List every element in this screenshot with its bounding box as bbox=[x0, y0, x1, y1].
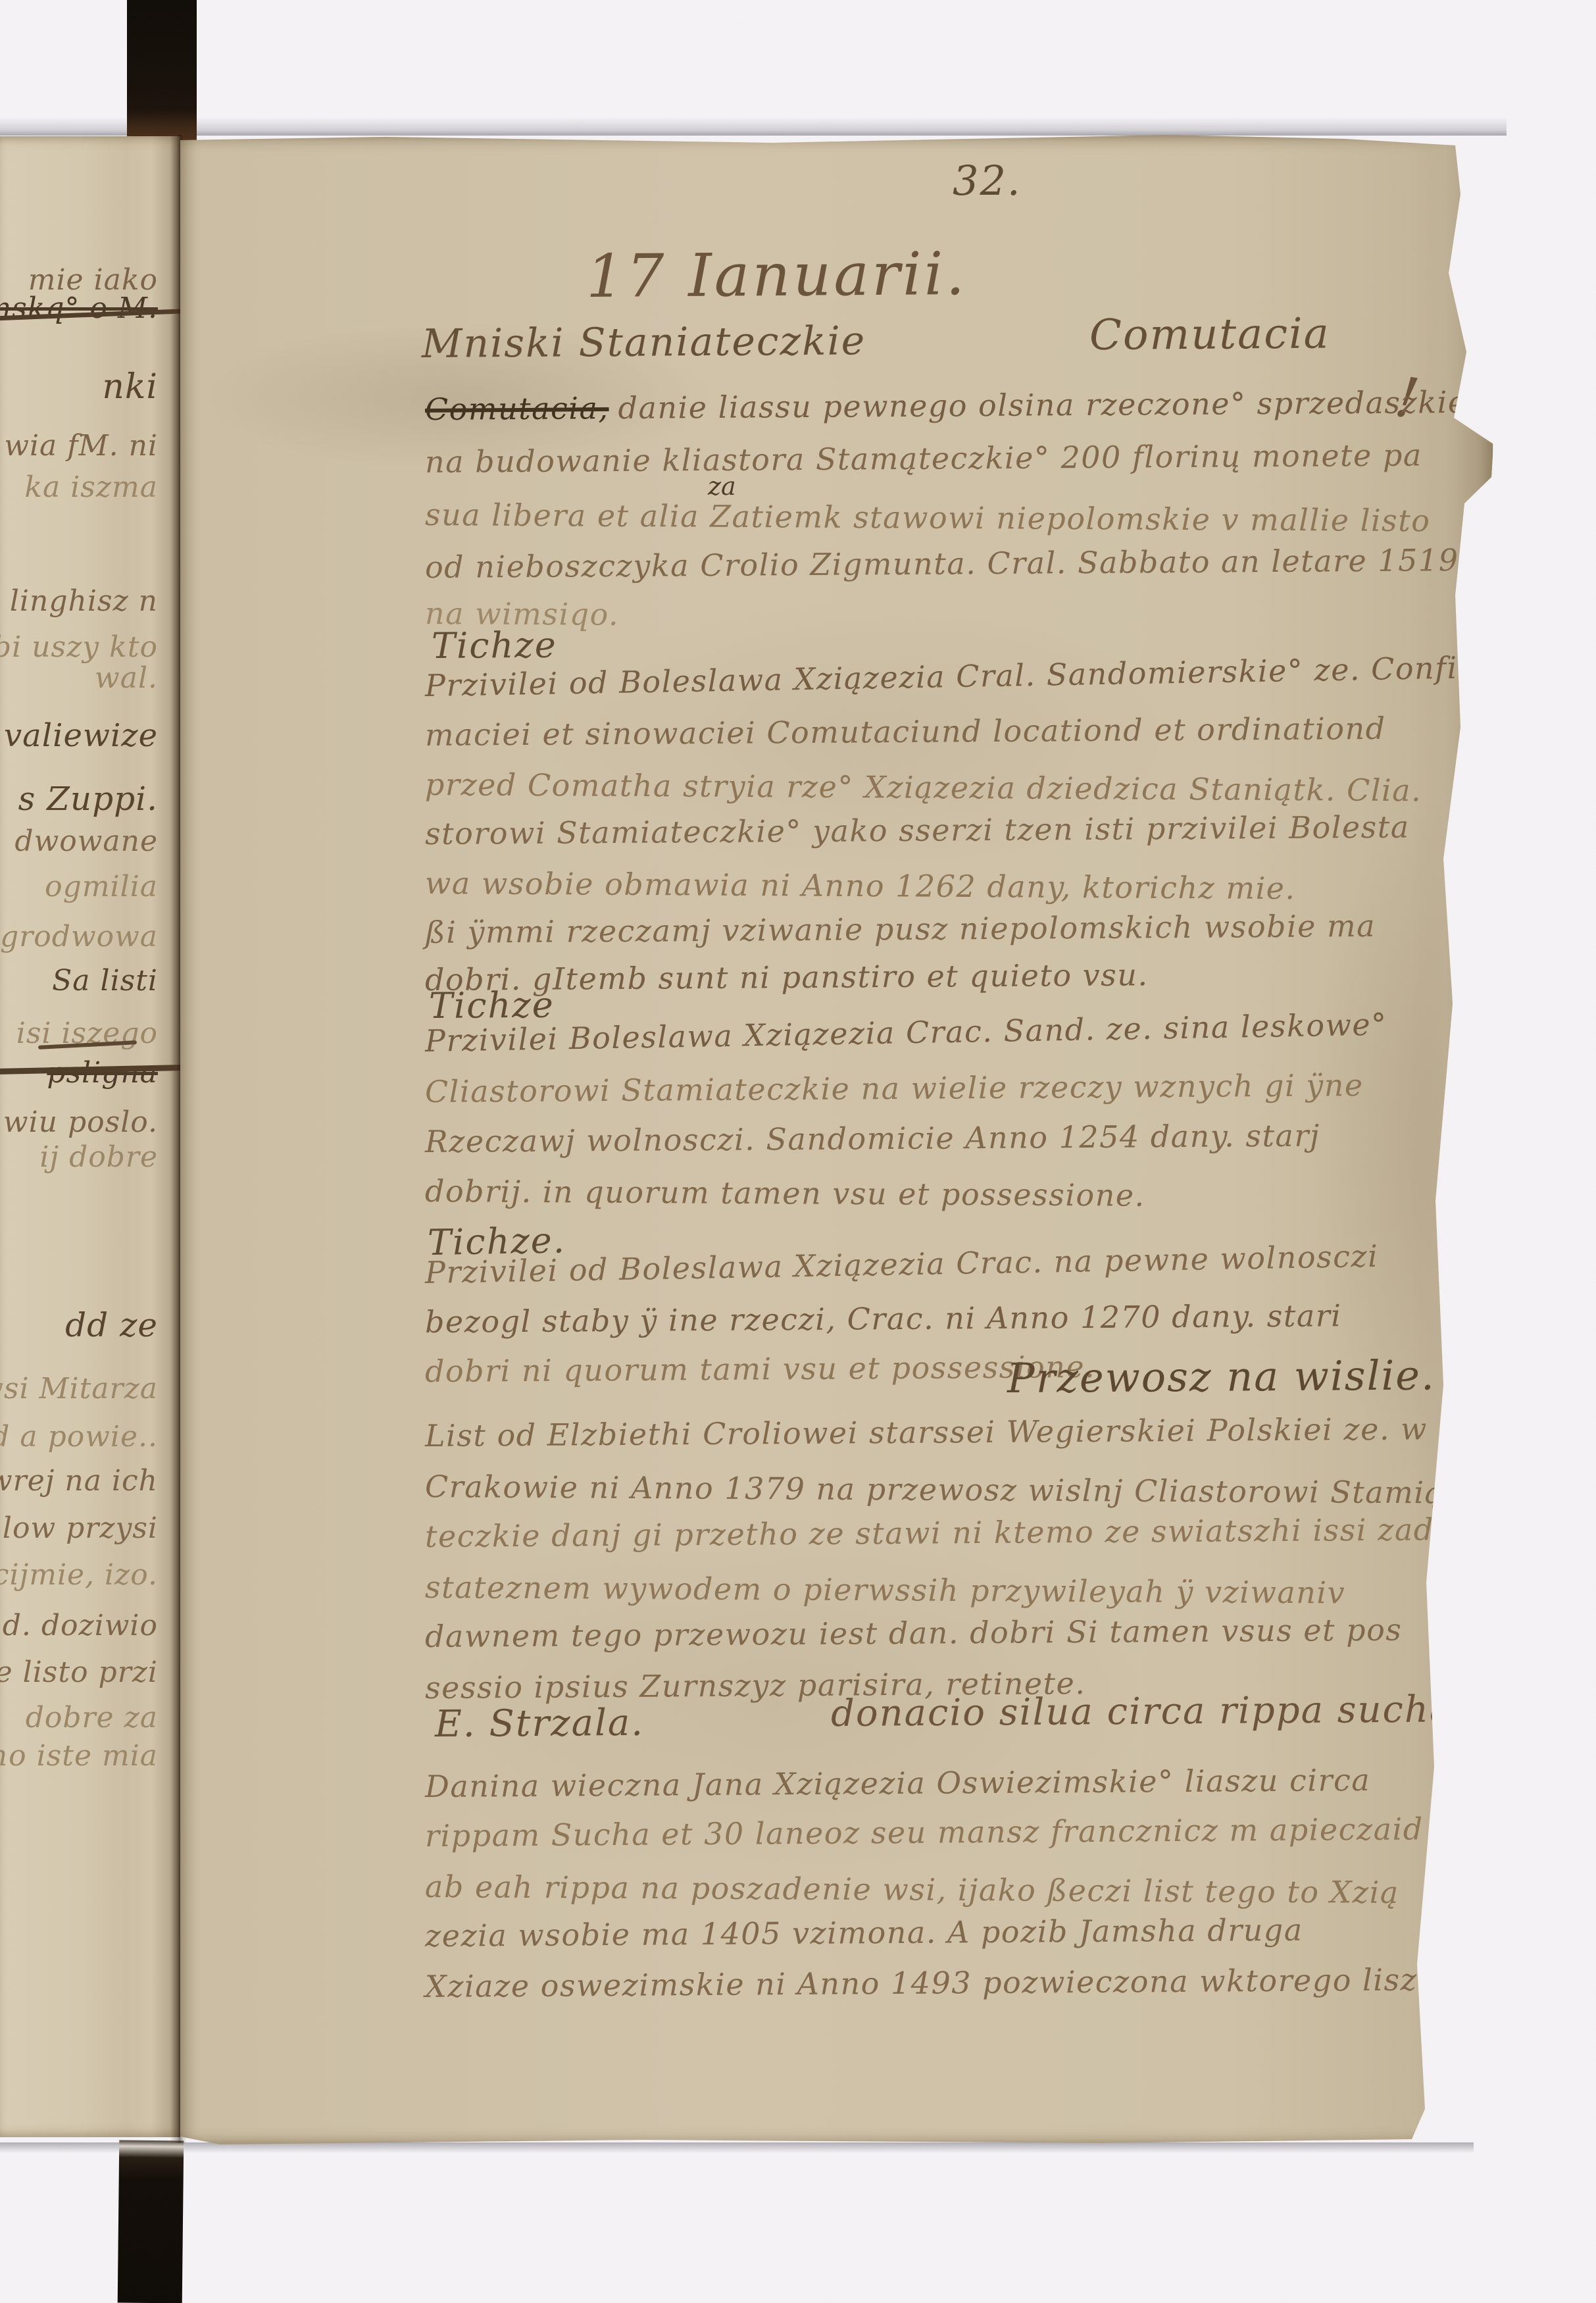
text-line: na budowanie kliastora Stamąteczkie° 200… bbox=[425, 437, 1422, 480]
text-line: Xziaze oswezimskie ni Anno 1493 pozwiecz… bbox=[425, 1961, 1447, 2004]
text-line: od nieboszczyka Crolio Zigmunta. Cral. S… bbox=[425, 542, 1470, 585]
binding-strap-top bbox=[127, 0, 197, 141]
left-page-fragment: ogmilia bbox=[45, 870, 158, 903]
left-page-fragment: dwowane bbox=[14, 824, 158, 858]
text-line: maciei et sinowaciei Comutaciund locatio… bbox=[425, 711, 1386, 753]
text-line: Cliastorowi Stamiateczkie na wielie rzec… bbox=[425, 1067, 1364, 1109]
text-line: storowi Stamiateczkie° yako sserzi tzen … bbox=[425, 809, 1410, 851]
text-line: Rzeczawj wolnosczi. Sandomicie Anno 1254… bbox=[425, 1118, 1320, 1159]
inserted-word: za bbox=[708, 472, 736, 501]
torn-right-edge bbox=[1414, 135, 1493, 2146]
left-page-fragment: dobre za bbox=[26, 1701, 158, 1734]
left-page-edge: mie iako zimskq° o M. nki wia fM. ni ka … bbox=[0, 136, 180, 2137]
text-line: teczkie danj gi przetho ze stawi ni ktem… bbox=[425, 1511, 1464, 1554]
entry-heading-right: Comutacia bbox=[1089, 309, 1330, 360]
left-page-fragment: wal. bbox=[95, 661, 158, 695]
left-page-fragment: valiewize bbox=[4, 717, 158, 754]
text-line: Comutacia,danie liassu pewnego olsina rz… bbox=[425, 384, 1467, 427]
text-line: Przivilei od Boleslawa Xziązezia Crac. n… bbox=[425, 1238, 1379, 1290]
date-heading: 17 Ianuarii. bbox=[586, 240, 968, 311]
binding-strap-bottom bbox=[118, 2140, 184, 2303]
text-line: przed Comatha stryia rze° Xziązezia dzie… bbox=[425, 767, 1422, 808]
text-line: zezia wsobie ma 1405 vzimona. A pozib Ja… bbox=[425, 1912, 1303, 1954]
entry-label: Tichze bbox=[432, 624, 557, 667]
text-line: sua libera et alia Zatiemk stawowi niepo… bbox=[425, 497, 1431, 538]
left-page-fragment: d a powie.. bbox=[0, 1420, 158, 1454]
page-top-shadow bbox=[0, 117, 1507, 136]
text-line: stateznem wywodem o pierwssih przywileya… bbox=[425, 1569, 1345, 1611]
text-line: dobrij. in quorum tamen vsu et possessio… bbox=[425, 1173, 1145, 1213]
left-page-fragment: wia fM. ni bbox=[4, 429, 158, 463]
left-page-fragment: ij dobre bbox=[39, 1140, 158, 1174]
text-line: bezogl staby ÿ ine rzeczi, Crac. ni Anno… bbox=[425, 1298, 1342, 1340]
manuscript-scan: mie iako zimskq° o M. nki wia fM. ni ka … bbox=[0, 0, 1596, 2303]
text-line: ab eah rippa na poszadenie wsi, ijako ße… bbox=[425, 1869, 1399, 1910]
left-page-fragment: wiu poslo. bbox=[3, 1105, 158, 1139]
entry-heading-left: Mniski Staniateczkie bbox=[422, 318, 866, 367]
text-line: List od Elzbiethi Croliowei starssei Weg… bbox=[425, 1411, 1428, 1454]
left-page-fragment: wsi Mitarza bbox=[0, 1372, 158, 1405]
text-line: rippam Sucha et 30 laneoz seu mansz fran… bbox=[425, 1811, 1424, 1854]
left-page-fragment-struck: zimskq° o M. bbox=[0, 291, 158, 325]
left-page-fragment: Sa listi bbox=[52, 964, 158, 998]
text-line: Przivilei Boleslawa Xziązezia Crac. Sand… bbox=[425, 1006, 1388, 1059]
entry-heading-left: E. Strzala. bbox=[435, 1702, 645, 1746]
text-line: wa wsobie obmawia ni Anno 1262 dany, kto… bbox=[425, 865, 1296, 906]
left-page-fragment: grodwowa bbox=[0, 920, 158, 953]
left-page-fragment: wrej na ich bbox=[0, 1464, 158, 1498]
text-line: dobri ni quorum tami vsu et possessione. bbox=[425, 1349, 1096, 1389]
page-number: 32. bbox=[953, 157, 1022, 205]
entry-heading-right: donacio silua circa rippa sucha ze. bbox=[831, 1688, 1523, 1735]
left-page-fragment: d. doziwio bbox=[3, 1609, 158, 1642]
left-page-fragment: nki bbox=[102, 367, 158, 407]
entry-heading-right: Przewosz na wislie. bbox=[1007, 1351, 1435, 1402]
left-page-fragment: cijmie, izo. bbox=[0, 1558, 158, 1592]
struck-word: Comutacia, bbox=[425, 390, 609, 427]
text-line: Przivilei od Boleslawa Xziązezia Cral. S… bbox=[425, 649, 1481, 703]
left-page-fragment: bi uszy kto bbox=[0, 630, 158, 664]
left-page-fragment: dd ze bbox=[65, 1306, 158, 1344]
text-line: ßi ÿmmi rzeczamj vziwanie pusz niepoloms… bbox=[425, 908, 1376, 950]
text-line-rest: danie liassu pewnego olsina rzeczone° sp… bbox=[618, 384, 1466, 426]
left-page-fragment: ka iszma bbox=[24, 470, 158, 504]
entry-label: Tichze bbox=[429, 984, 555, 1026]
main-page: 32. 17 Ianuarii. Mniski Staniateczkie Co… bbox=[180, 135, 1493, 2146]
left-page-fragment: low przysi bbox=[3, 1511, 158, 1545]
left-page-fragment: ie listo przi bbox=[0, 1656, 158, 1689]
text-line: dawnem tego przewozu iest dan. dobri Si … bbox=[425, 1612, 1403, 1654]
text-line: Crakowie ni Anno 1379 na przewosz wislnj… bbox=[425, 1469, 1444, 1510]
left-page-fragment: iho iste mia bbox=[0, 1739, 158, 1773]
left-page-fragment: linghisz n bbox=[10, 584, 158, 618]
text-line: Danina wieczna Jana Xziązezia Oswiezimsk… bbox=[425, 1762, 1371, 1804]
left-page-fragment: s Zuppi. bbox=[18, 780, 158, 818]
